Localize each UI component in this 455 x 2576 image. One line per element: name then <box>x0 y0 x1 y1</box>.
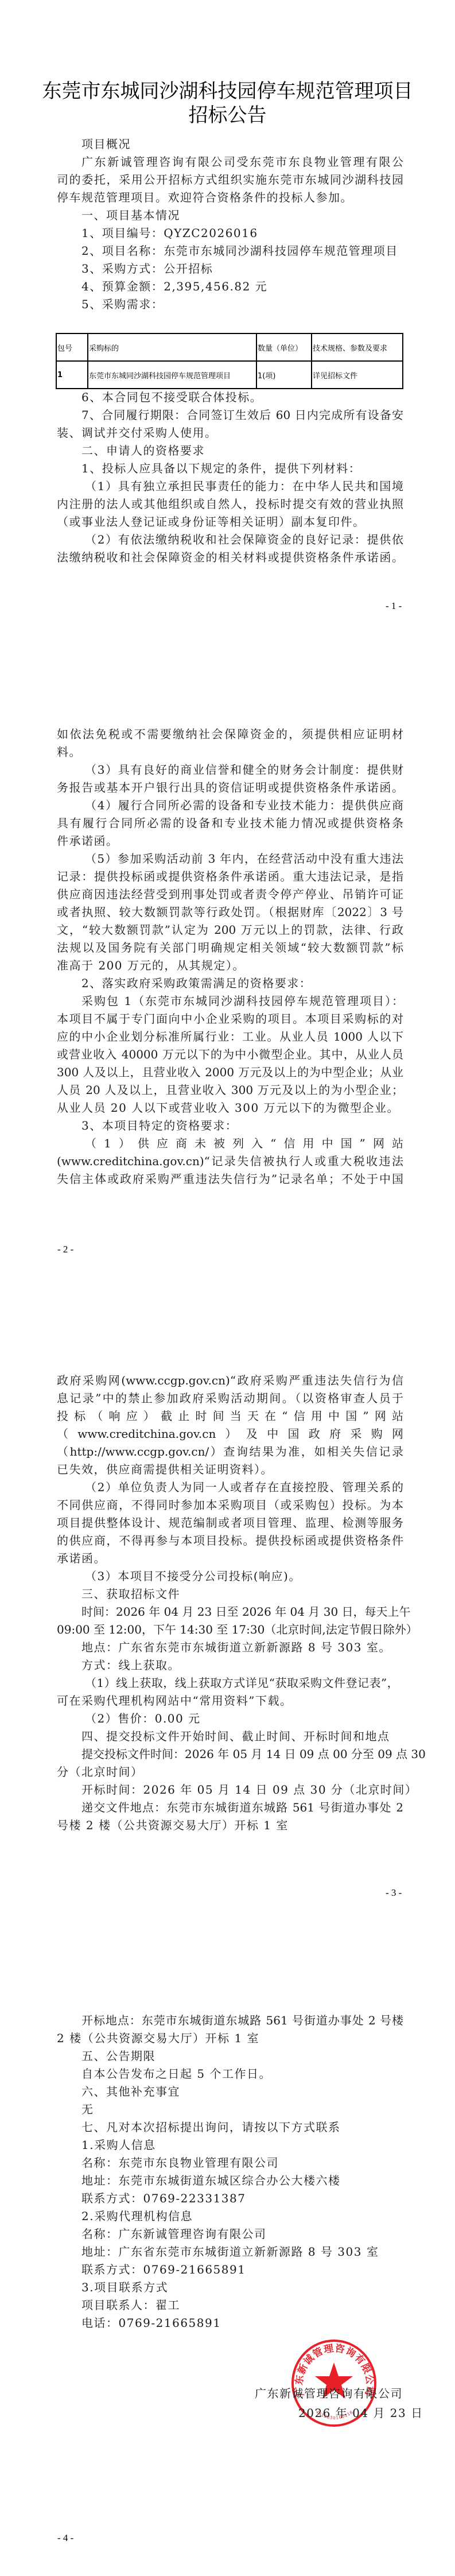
item-7-line: 7、合同履行期限：合同签订生效后 60 日内完成所有设备安 <box>81 406 403 424</box>
opening-place: 2 楼（公共资源交易大厅）开标 1 室 <box>57 2030 403 2047</box>
paragraph-line: 2、落实政府采购政策需满足的资格要求： <box>81 975 403 992</box>
paragraph-line: 采购包 1（东莞市东城同沙湖科技园停车规范管理项目）： <box>81 992 403 1010</box>
section-heading-1: 一、项目基本情况 <box>81 207 403 224</box>
submit-time: 提交投标文件时间：2026 年 05 月 14 日 09 点 00 分至 09 … <box>81 1745 403 1763</box>
paragraph-line: 应的中小企业划分标准所属行业：工业。从业人员 1000 人以下 <box>57 1028 403 1046</box>
agency-name: 名称：广东新诚管理咨询有限公司 <box>81 2225 403 2243</box>
section-heading-5: 五、公告期限 <box>81 2047 403 2065</box>
paragraph-line: 1、投标人应具备以下规定的条件，提供下列材料： <box>81 460 403 478</box>
paragraph-line: （5）参加采购活动前 3 年内，在经营活动中没有重大违法 <box>85 850 403 868</box>
notice-period: 自本公告发布之日起 5 个工作日。 <box>81 2065 403 2083</box>
paragraph-line: （1）具有独立承担民事责任的能力：在中华人民共和国境 <box>85 478 403 495</box>
paragraph-line: （3）具有良好的商业信誉和健全的财务会计制度：提供财 <box>85 761 403 779</box>
paragraph-line: 或者执照、较大数额罚款等行政处罚。（根据财库〔2022〕3 号 <box>57 903 403 921</box>
section-heading-7: 七、凡对本次招标提出询问，请按以下方式联系 <box>81 2119 403 2136</box>
table-header: 包号 <box>56 333 88 361</box>
section-heading-6: 六、其他补充事宜 <box>81 2083 403 2101</box>
purchaser-address: 地址：东莞市东城街道东城区综合办公大楼六楼 <box>81 2172 403 2190</box>
paragraph-line: （4）履行合同所必需的设备和专业技术能力：提供供应商 <box>85 797 403 814</box>
paragraph-line: 本项目不属于专门面向中小企业采购的项目。本项目采购标的对 <box>57 1010 403 1028</box>
paragraph-line: 内注册的法人或其他组织或自然人，投标时提交有效的营业执照 <box>57 495 403 513</box>
paragraph-line: 准高于 200 万元的，从其规定）。 <box>57 957 403 975</box>
paragraph-line: （2）有依法缴纳税收和社会保障资金的良好记录：提供依 <box>85 531 403 549</box>
intro-line: 广东新诚管理咨询有限公司受东莞市东良物业管理有限公 <box>81 153 403 171</box>
obtain-place: 地点：广东省东莞市东城街道立新新源路 8 号 303 室。 <box>81 1639 403 1656</box>
agency-heading: 2.采购代理机构信息 <box>81 2208 403 2225</box>
agency-contact: 联系方式：0769-21665891 <box>81 2261 403 2279</box>
budget-amount: 4、预算金额：2,395,456.82 元 <box>81 278 403 296</box>
procurement-requirements-label: 5、采购需求： <box>81 296 403 313</box>
item-6: 6、本合同包不接受联合体投标。 <box>81 389 403 406</box>
signature-company: 广东新诚管理咨询有限公司 <box>255 2385 403 2403</box>
paragraph-line: 项目提供整体设计、规范编制或者项目管理、监理、检测等服务 <box>57 1514 403 1532</box>
page-number: - 4 - <box>57 2532 73 2544</box>
paragraph-line: 法规以及国务院有关部门明确规定相关领域“较大数额罚款”标 <box>57 939 403 957</box>
signature-date: 2026 年 04 月 23 日 <box>298 2404 423 2422</box>
purchaser-contact: 联系方式：0769-22331387 <box>81 2190 403 2208</box>
project-number: 1、项目编号：QYZC2026016 <box>81 224 403 242</box>
paragraph-line: 供应商因违法经营受到刑事处罚或者责令停产停业、吊销许可证 <box>57 886 403 903</box>
project-contact-phone: 电话：0769-21665891 <box>81 2314 403 2332</box>
paragraph-line: （1）供应商未被列入“信用中国”网站 <box>85 1135 403 1153</box>
paragraph-line: （或事业法人登记证或身份证等相关证明）副本复印件。 <box>57 513 403 531</box>
intro-line: 司的委托，采用公开招标方式组织实施东莞市东城同沙湖科技园 <box>57 171 403 189</box>
paragraph-line: 料。 <box>57 743 403 761</box>
page-number: - 2 - <box>57 1244 73 1255</box>
procurement-method: 3、采购方式：公开招标 <box>81 260 403 278</box>
paragraph-line: 已失效，供应商需提供相关证明资料）。 <box>57 1461 403 1479</box>
table-header: 技术规格、参数及要求 <box>312 333 403 361</box>
intro-line: 停车规范管理项目。欢迎符合资格条件的投标人参加。 <box>57 189 403 207</box>
purchaser-heading: 1.采购人信息 <box>81 2136 403 2154</box>
paragraph-line: 具有履行合同所必需的设备和专业技术能力情况或提供资格条 <box>57 814 403 832</box>
paragraph-line: （2）单位负责人为同一人或者存在直接控股、管理关系的 <box>85 1479 403 1496</box>
paragraph-line: 法缴纳税收和社会保障资金的相关材料或提供资格条件承诺函。 <box>57 549 403 567</box>
paragraph-line: 不同供应商，不得同时参加本采购项目（或采购包）投标。为本 <box>57 1496 403 1514</box>
paragraph-line: 件承诺函。 <box>57 832 403 850</box>
online-obtain: 可在采购代理机构网站中“常用资料”下载。 <box>57 1692 403 1710</box>
table-cell: 1 <box>56 361 88 389</box>
paragraph-line: 政府采购网(www.ccgp.gov.cn)“政府采购严重违法失信行为信 <box>57 1372 403 1390</box>
purchaser-name: 名称：东莞市东良物业管理有限公司 <box>81 2154 403 2172</box>
delivery-place: 递交文件地点：东莞市东城街道东城路 561 号街道办事处 2 <box>81 1799 403 1817</box>
paragraph-line: 人员 20 人及以上，且营业收入 300 万元及以上的为小型企业； <box>57 1081 403 1099</box>
project-name: 2、项目名称：东莞市东城同沙湖科技园停车规范管理项目 <box>81 242 403 260</box>
paragraph-line: (www.creditchina.gov.cn)“记录失信被执行人或重大税收违法 <box>57 1153 403 1170</box>
project-contact-person: 项目联系人：翟工 <box>81 2296 403 2314</box>
paragraph-line: 300 人及以上，且营业收入 2000 万元及以上的为中型企业；从业 <box>57 1064 403 1081</box>
agency-address: 地址：广东省东莞市东城街道立新新源路 8 号 303 室 <box>81 2243 403 2261</box>
delivery-place: 号楼 2 楼（公共资源交易大厅）开标 1 室 <box>57 1817 403 1834</box>
section-heading-3: 三、获取招标文件 <box>81 1585 403 1603</box>
section-heading-2: 二、申请人的资格要求 <box>81 442 403 460</box>
table-cell: 东莞市东城同沙湖科技园停车规范管理项目 <box>88 361 256 389</box>
table-row: 1 东莞市东城同沙湖科技园停车规范管理项目 1(项) 详见招标文件 <box>56 361 403 389</box>
paragraph-line: （3）本项目不接受分公司投标(响应)。 <box>85 1568 403 1585</box>
supplementary-matters: 无 <box>81 2101 403 2119</box>
table-cell: 详见招标文件 <box>312 361 403 389</box>
obtain-method: 方式：线上获取。 <box>81 1656 403 1674</box>
paragraph-line: 3、本项目特定的资格要求： <box>81 1117 403 1135</box>
document-price: （2）售价：0.00 元 <box>85 1710 403 1728</box>
project-contact-heading: 3.项目联系方式 <box>81 2279 403 2296</box>
item-7-line: 装、调试并交付采购人使用。 <box>57 424 403 442</box>
paragraph-line: 记录：提供投标函或提供资格条件承诺函。重大违法记录，是指 <box>57 868 403 886</box>
table-header: 采购标的 <box>88 333 256 361</box>
paragraph-line: 投标（响应）截止时间当天在“信用中国”网站 <box>57 1407 403 1425</box>
paragraph-line: 或营业收入 40000 万元以下的为中小微型企业。其中，从业人员 <box>57 1046 403 1064</box>
page-number: - 1 - <box>386 600 402 612</box>
paragraph-line: 承诺函。 <box>57 1550 403 1568</box>
paragraph-line: 息记录”中的禁止参加政府采购活动期间。（以资格审查人员于 <box>57 1390 403 1407</box>
section-heading-4: 四、提交投标文件开始时间、截止时间、开标时间和地点 <box>81 1728 403 1745</box>
paragraph-line: （http://www.ccgp.gov.cn/）查询结果为准，如相关失信记录 <box>57 1443 403 1461</box>
submit-time: 分（北京时间） <box>57 1763 403 1781</box>
overview-heading: 项目概况 <box>81 135 403 153</box>
table-cell: 1(项) <box>256 361 312 389</box>
obtain-time: 时间：2026 年 04 月 23 日至 2026 年 04 月 30 日，每天… <box>81 1603 403 1621</box>
opening-place: 开标地点：东莞市东城街道东城路 561 号街道办事处 2 号楼 <box>81 2012 403 2030</box>
page-number: - 3 - <box>386 1887 402 1899</box>
paragraph-line: 从业人员 20 人以下或营业收入 300 万元以下的为微型企业。 <box>57 1099 403 1117</box>
paragraph-line: （www.creditchina.gov.cn）及中国政府采购网 <box>57 1425 403 1443</box>
requirements-table: 包号 采购标的 数量（单位） 技术规格、参数及要求 1 东莞市东城同沙湖科技园停… <box>56 333 403 389</box>
paragraph-line: 的供应商，不得再参与本项目投标。提供投标函或提供资格条件 <box>57 1532 403 1550</box>
document-title-line2: 招标公告 <box>0 103 455 127</box>
document-title-line1: 东莞市东城同沙湖科技园停车规范管理项目 <box>0 79 455 103</box>
paragraph-line: 失信主体或政府采购严重违法失信行为”记录名单；不处于中国 <box>57 1170 403 1188</box>
paragraph-line: 如依法免税或不需要缴纳社会保障资金的，须提供相应证明材 <box>57 726 403 743</box>
paragraph-line: 务报告或基本开户银行出具的资信证明或提供资格条件承诺函。 <box>57 779 403 797</box>
online-obtain: （1）线上获取，线上获取方式详见“获取采购文件登记表”， <box>85 1674 403 1692</box>
paragraph-line: 文，“较大数额罚款”认定为 200 万元以上的罚款，法律、行政 <box>57 921 403 939</box>
table-header: 数量（单位） <box>256 333 312 361</box>
opening-time: 开标时间：2026 年 05 月 14 日 09 点 30 分（北京时间） <box>81 1781 403 1799</box>
obtain-time: 09:00 至 12:00，下午 14:30 至 17:30（北京时间,法定节假… <box>57 1621 403 1639</box>
table-header-row: 包号 采购标的 数量（单位） 技术规格、参数及要求 <box>56 333 403 361</box>
